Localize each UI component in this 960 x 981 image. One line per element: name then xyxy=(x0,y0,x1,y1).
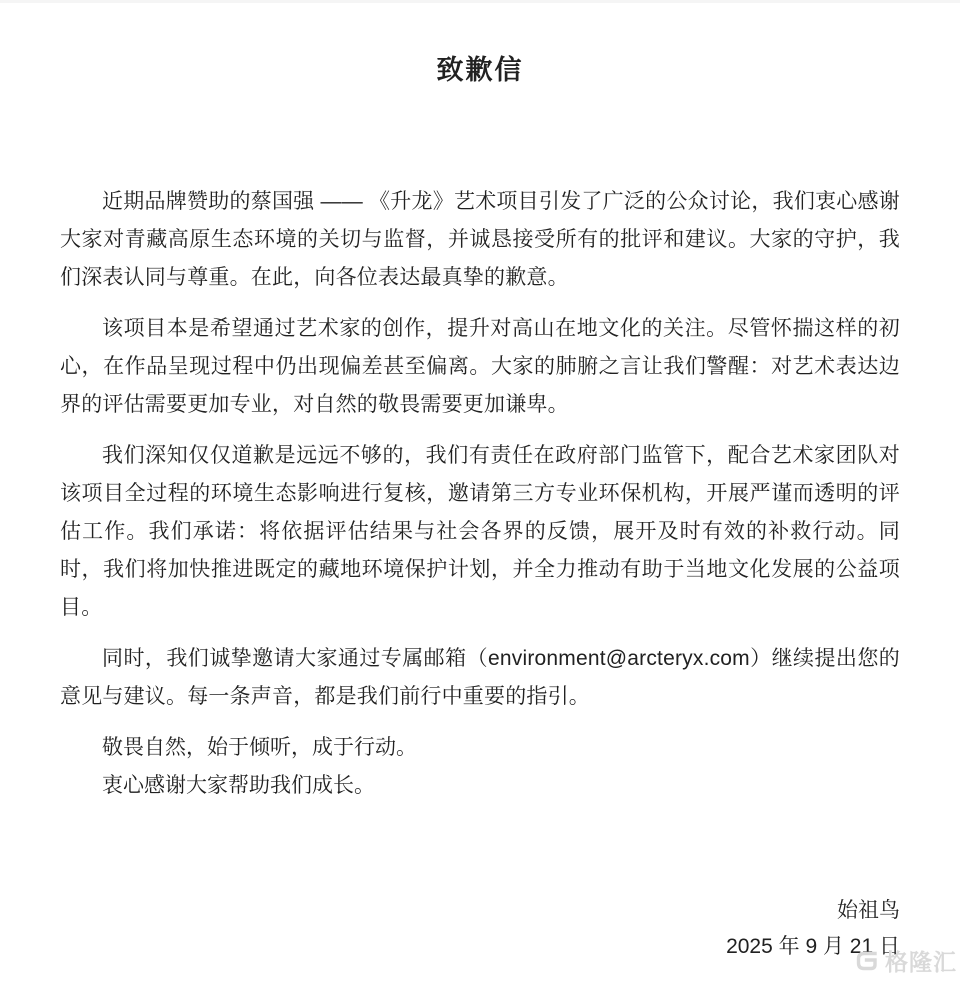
letter-closing: 敬畏自然，始于倾听，成于行动。 衷心感谢大家帮助我们成长。 xyxy=(60,729,900,805)
letter-date: 2025 年 9 月 21 日 xyxy=(60,929,900,965)
closing-line-2: 衷心感谢大家帮助我们成长。 xyxy=(60,767,900,805)
letter-paragraph-1: 近期品牌赞助的蔡国强 —— 《升龙》艺术项目引发了广泛的公众讨论，我们衷心感谢大… xyxy=(60,183,900,297)
letter-paragraph-2: 该项目本是希望通过艺术家的创作，提升对高山在地文化的关注。尽管怀揣这样的初心，在… xyxy=(60,310,900,424)
letter-paragraph-3: 我们深知仅仅道歉是远远不够的，我们有责任在政府部门监管下，配合艺术家团队对该项目… xyxy=(60,437,900,627)
gelonghui-watermark-text: 格隆汇 xyxy=(885,944,957,977)
gelonghui-watermark: 格隆汇 xyxy=(854,944,957,977)
gelonghui-logo-icon xyxy=(854,948,880,974)
letter-title: 致歉信 xyxy=(60,52,900,88)
apology-letter-page: 致歉信 近期品牌赞助的蔡国强 —— 《升龙》艺术项目引发了广泛的公众讨论，我们衷… xyxy=(0,0,960,981)
letter-paragraph-4: 同时，我们诚挚邀请大家通过专属邮箱（environment@arcteryx.c… xyxy=(60,640,900,716)
letter-body: 近期品牌赞助的蔡国强 —— 《升龙》艺术项目引发了广泛的公众讨论，我们衷心感谢大… xyxy=(60,183,900,805)
top-edge-strip xyxy=(0,0,960,3)
signature-block: 始祖鸟 2025 年 9 月 21 日 xyxy=(60,893,900,965)
signature: 始祖鸟 xyxy=(60,893,900,929)
closing-line-1: 敬畏自然，始于倾听，成于行动。 xyxy=(60,729,900,767)
